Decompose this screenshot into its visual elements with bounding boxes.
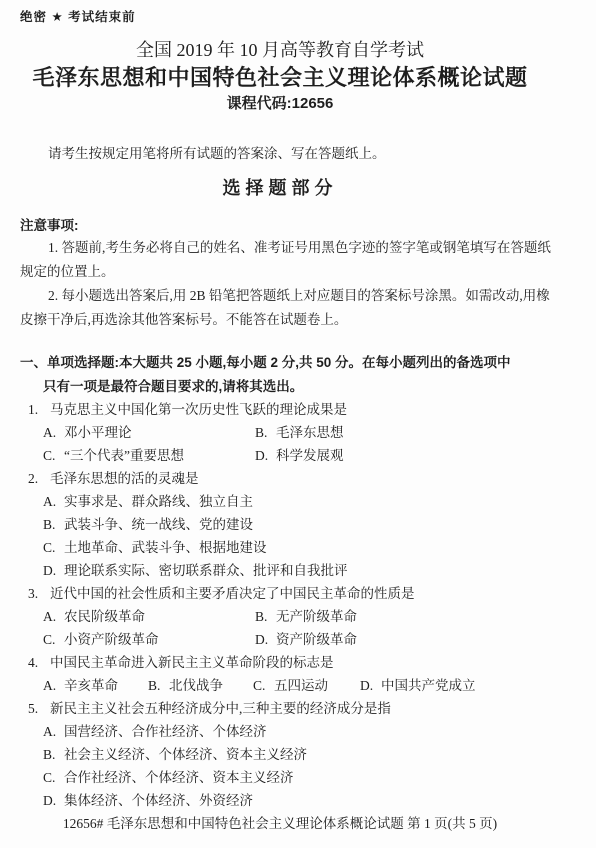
option-text: 邓小平理论 [64, 425, 132, 440]
option-text: 社会主义经济、个体经济、资本主义经济 [64, 747, 307, 762]
question-stem: 中国民主革命进入新民主主义革命阶段的标志是 [50, 651, 334, 674]
option-d: D.资产阶级革命 [255, 628, 540, 651]
question-number: 4. [28, 651, 50, 674]
paper-title: 毛泽东思想和中国特色社会主义理论体系概论试题 [20, 62, 540, 93]
option-label: C. [253, 674, 267, 697]
option-text: 辛亥革命 [64, 678, 118, 693]
option-d: D.集体经济、个体经济、外资经济 [43, 789, 540, 812]
option-label: A. [43, 674, 57, 697]
option-text: 农民阶级革命 [64, 609, 145, 624]
question-stem: 毛泽东思想的活的灵魂是 [50, 467, 199, 490]
option-b: B.社会主义经济、个体经济、资本主义经济 [43, 743, 540, 766]
option-d: D.中国共产党成立 [360, 674, 540, 697]
option-text: 科学发展观 [276, 448, 344, 463]
note-item-1: 1. 答题前,考生务必将自己的姓名、准考证号用黑色字迹的签字笔或钢笔填写在答题纸… [20, 236, 540, 284]
option-d: D.科学发展观 [255, 444, 540, 467]
question-number: 3. [28, 582, 50, 605]
option-c: C.土地革命、武装斗争、根据地建设 [43, 536, 540, 559]
answer-sheet-instruction: 请考生按规定用笔将所有试题的答案涂、写在答题纸上。 [20, 144, 540, 164]
option-text: 小资产阶级革命 [64, 632, 159, 647]
option-label: B. [148, 674, 162, 697]
option-text: 理论联系实际、密切联系群众、批评和自我批评 [64, 563, 348, 578]
option-label: A. [43, 605, 57, 628]
option-text: “三个代表”重要思想 [64, 448, 184, 463]
option-label: D. [360, 674, 374, 697]
part-one-intro-line-2: 只有一项是最符合题目要求的,请将其选出。 [20, 375, 540, 399]
option-text: 北伐战争 [169, 678, 223, 693]
option-text: 武装斗争、统一战线、党的建设 [64, 517, 253, 532]
question-4: 4. 中国民主革命进入新民主主义革命阶段的标志是 A.辛亥革命 B.北伐战争 C… [20, 651, 540, 697]
option-a: A.邓小平理论 [43, 421, 255, 444]
option-d: D.理论联系实际、密切联系群众、批评和自我批评 [43, 559, 540, 582]
option-label: B. [255, 605, 269, 628]
option-text: 国营经济、合作社经济、个体经济 [64, 724, 267, 739]
option-label: C. [43, 444, 57, 467]
option-c: C.五四运动 [253, 674, 360, 697]
part-one-intro-line-1: 一、单项选择题:本大题共 25 小题,每小题 2 分,共 50 分。在每小题列出… [20, 351, 540, 375]
notes-title: 注意事项: [20, 215, 540, 236]
option-a: A.国营经济、合作社经济、个体经济 [43, 720, 540, 743]
question-3: 3. 近代中国的社会性质和主要矛盾决定了中国民主革命的性质是 A.农民阶级革命 … [20, 582, 540, 651]
option-a: A.实事求是、群众路线、独立自主 [43, 490, 540, 513]
note-2-line-1: 2. 每小题选出答案后,用 2B 铅笔把答题纸上对应题目的答案标号涂黑。如需改动… [20, 284, 540, 308]
option-label: A. [43, 490, 57, 513]
option-label: D. [43, 789, 57, 812]
note-1-line-2: 规定的位置上。 [20, 260, 540, 284]
option-text: 集体经济、个体经济、外资经济 [64, 793, 253, 808]
note-item-2: 2. 每小题选出答案后,用 2B 铅笔把答题纸上对应题目的答案标号涂黑。如需改动… [20, 284, 540, 332]
option-label: D. [43, 559, 57, 582]
question-stem: 新民主主义社会五种经济成分中,三种主要的经济成分是指 [50, 697, 391, 720]
option-label: D. [255, 444, 269, 467]
option-text: 土地革命、武装斗争、根据地建设 [64, 540, 267, 555]
section-header-multiple-choice: 选择题部分 [20, 175, 540, 202]
option-text: 实事求是、群众路线、独立自主 [64, 494, 253, 509]
option-a: A.辛亥革命 [43, 674, 148, 697]
option-text: 资产阶级革命 [276, 632, 357, 647]
page-footer: 12656# 毛泽东思想和中国特色社会主义理论体系概论试题 第 1 页(共 5 … [20, 815, 540, 833]
option-label: C. [43, 766, 57, 789]
option-text: 五四运动 [274, 678, 328, 693]
question-number: 2. [28, 467, 50, 490]
note-2-line-2: 皮擦干净后,再选涂其他答案标号。不能答在试题卷上。 [20, 308, 540, 332]
option-b: B.毛泽东思想 [255, 421, 540, 444]
exam-session-title: 全国 2019 年 10 月高等教育自学考试 [20, 38, 540, 62]
option-a: A.农民阶级革命 [43, 605, 255, 628]
option-label: B. [255, 421, 269, 444]
option-label: D. [255, 628, 269, 651]
option-label: B. [43, 513, 57, 536]
option-text: 中国共产党成立 [381, 678, 476, 693]
option-label: C. [43, 628, 57, 651]
option-label: A. [43, 720, 57, 743]
option-label: C. [43, 536, 57, 559]
option-c: C.小资产阶级革命 [43, 628, 255, 651]
option-b: B.北伐战争 [148, 674, 253, 697]
exam-paper-page: 绝密 ★ 考试结束前 全国 2019 年 10 月高等教育自学考试 毛泽东思想和… [0, 0, 596, 848]
option-text: 无产阶级革命 [276, 609, 357, 624]
question-number: 1. [28, 398, 50, 421]
option-text: 合作社经济、个体经济、资本主义经济 [64, 770, 294, 785]
course-code: 课程代码:12656 [20, 93, 540, 115]
option-b: B.武装斗争、统一战线、党的建设 [43, 513, 540, 536]
secrecy-label: 绝密 ★ 考试结束前 [20, 8, 540, 26]
option-label: B. [43, 743, 57, 766]
option-text: 毛泽东思想 [276, 425, 344, 440]
question-2: 2. 毛泽东思想的活的灵魂是 A.实事求是、群众路线、独立自主 B.武装斗争、统… [20, 467, 540, 582]
option-c: C.合作社经济、个体经济、资本主义经济 [43, 766, 540, 789]
question-stem: 近代中国的社会性质和主要矛盾决定了中国民主革命的性质是 [50, 582, 415, 605]
question-number: 5. [28, 697, 50, 720]
option-label: A. [43, 421, 57, 444]
part-one-intro: 一、单项选择题:本大题共 25 小题,每小题 2 分,共 50 分。在每小题列出… [20, 351, 540, 398]
option-b: B.无产阶级革命 [255, 605, 540, 628]
note-1-line-1: 1. 答题前,考生务必将自己的姓名、准考证号用黑色字迹的签字笔或钢笔填写在答题纸 [20, 236, 540, 260]
question-5: 5. 新民主主义社会五种经济成分中,三种主要的经济成分是指 A.国营经济、合作社… [20, 697, 540, 812]
question-1: 1. 马克思主义中国化第一次历史性飞跃的理论成果是 A.邓小平理论 B.毛泽东思… [20, 398, 540, 467]
option-c: C.“三个代表”重要思想 [43, 444, 255, 467]
question-stem: 马克思主义中国化第一次历史性飞跃的理论成果是 [50, 398, 347, 421]
